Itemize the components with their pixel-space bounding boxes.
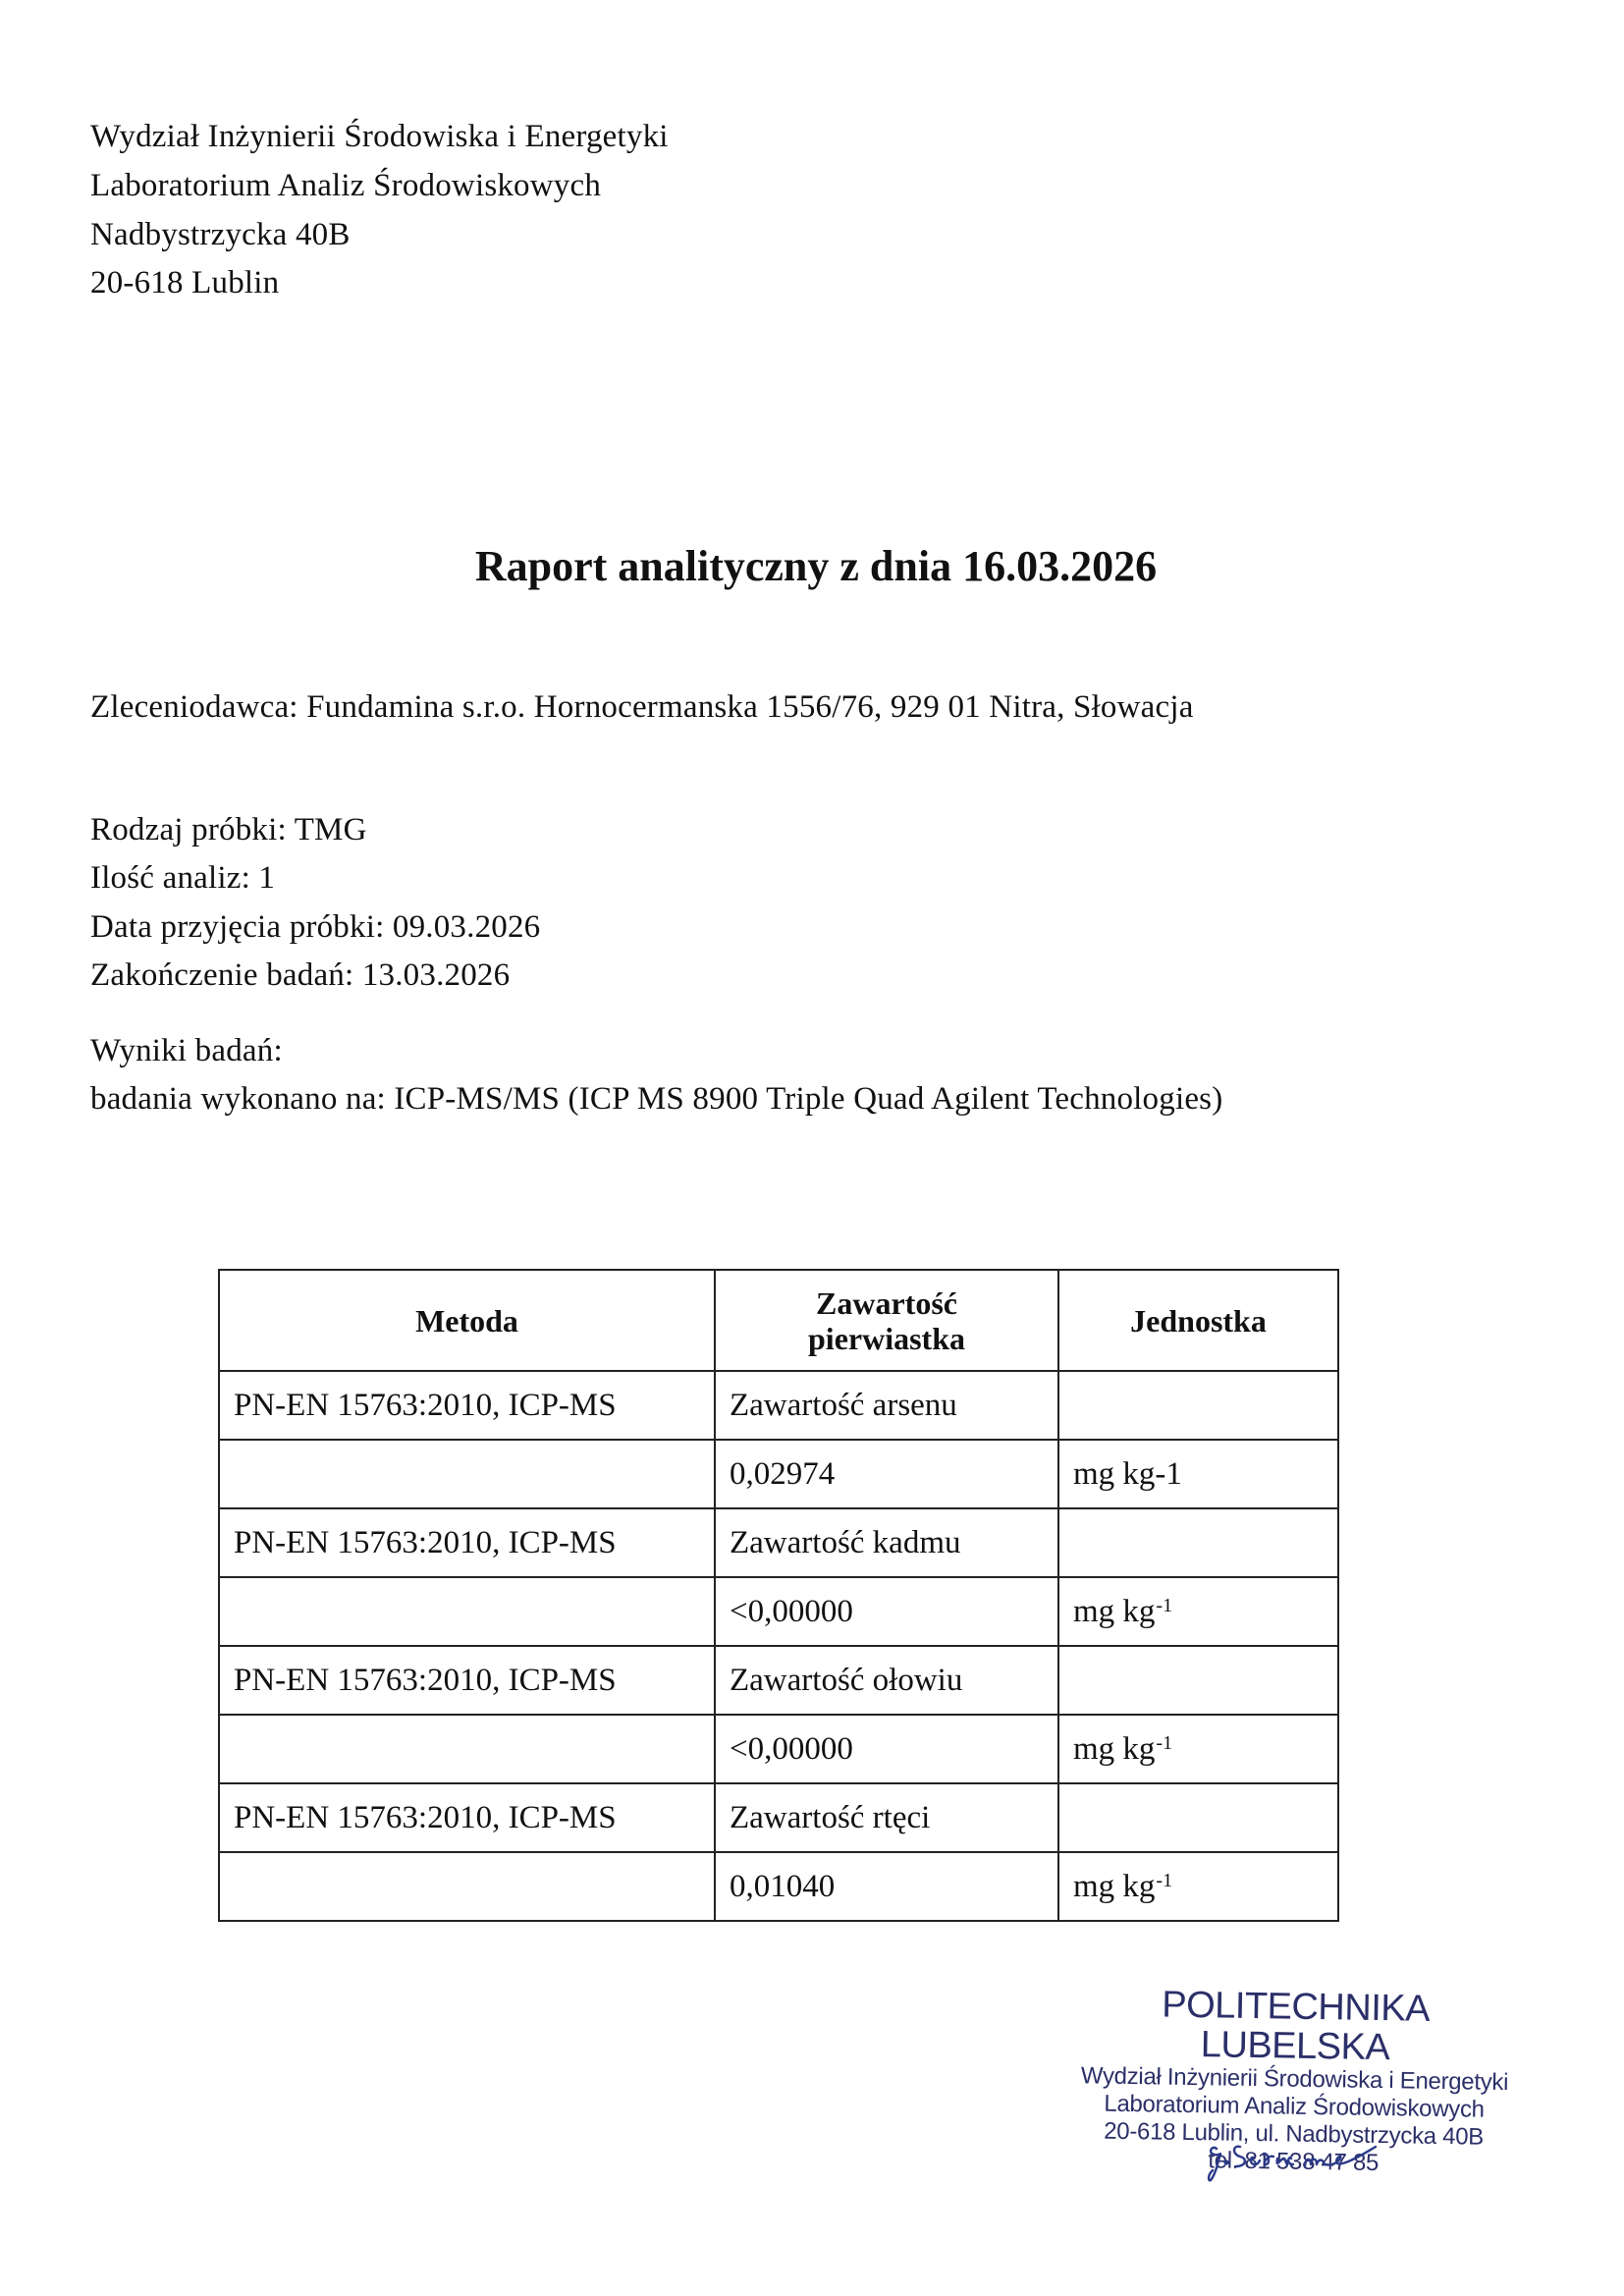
method-cell: PN-EN 15763:2010, ICP-MS bbox=[219, 1508, 715, 1577]
unit-base: mg kg bbox=[1073, 1594, 1155, 1629]
table-row: PN-EN 15763:2010, ICP-MS Zawartość rtęci bbox=[219, 1783, 1338, 1852]
unit-cell: mg kg-1 bbox=[1058, 1577, 1338, 1646]
receipt-date: Data przyjęcia próbki: 09.03.2026 bbox=[90, 907, 540, 947]
signature-icon bbox=[1203, 2131, 1380, 2190]
completion-date: Zakończenie badań: 13.03.2026 bbox=[90, 956, 510, 995]
method-cell: PN-EN 15763:2010, ICP-MS bbox=[219, 1371, 715, 1440]
unit-exponent: -1 bbox=[1156, 1732, 1172, 1754]
table-row: PN-EN 15763:2010, ICP-MS Zawartość arsen… bbox=[219, 1371, 1338, 1440]
content-cell: Zawartość ołowiu bbox=[715, 1646, 1058, 1715]
table-row: <0,00000 mg kg-1 bbox=[219, 1577, 1338, 1646]
client-line: Zleceniodawca: Fundamina s.r.o. Hornocer… bbox=[90, 687, 1194, 727]
method-cell bbox=[219, 1715, 715, 1783]
results-table: Metoda Zawartość pierwiastka Jednostka P… bbox=[218, 1269, 1339, 1922]
header-method: Metoda bbox=[219, 1270, 715, 1371]
table-row: <0,00000 mg kg-1 bbox=[219, 1715, 1338, 1783]
table-row: 0,02974 mg kg-1 bbox=[219, 1440, 1338, 1508]
method-cell: PN-EN 15763:2010, ICP-MS bbox=[219, 1646, 715, 1715]
instrument-line: badania wykonano na: ICP-MS/MS (ICP MS 8… bbox=[90, 1079, 1222, 1119]
table-header-row: Metoda Zawartość pierwiastka Jednostka bbox=[219, 1270, 1338, 1371]
value-cell: <0,00000 bbox=[715, 1715, 1058, 1783]
method-cell bbox=[219, 1852, 715, 1921]
unit-exponent: -1 bbox=[1156, 1595, 1172, 1616]
unit-base: mg kg bbox=[1073, 1731, 1155, 1767]
header-content-line2: pierwiastka bbox=[808, 1321, 965, 1356]
value-cell: 0,02974 bbox=[715, 1440, 1058, 1508]
value-cell: <0,00000 bbox=[715, 1577, 1058, 1646]
sample-type: Rodzaj próbki: TMG bbox=[90, 810, 367, 849]
unit-cell bbox=[1058, 1371, 1338, 1440]
unit-cell bbox=[1058, 1508, 1338, 1577]
content-cell: Zawartość rtęci bbox=[715, 1783, 1058, 1852]
method-cell: PN-EN 15763:2010, ICP-MS bbox=[219, 1783, 715, 1852]
method-cell bbox=[219, 1440, 715, 1508]
content-cell: Zawartość kadmu bbox=[715, 1508, 1058, 1577]
stamp-title: POLITECHNIKA LUBELSKA bbox=[1064, 1984, 1527, 2069]
faculty-name: Wydział Inżynierii Środowiska i Energety… bbox=[90, 117, 669, 156]
table-row: PN-EN 15763:2010, ICP-MS Zawartość ołowi… bbox=[219, 1646, 1338, 1715]
unit-exponent: -1 bbox=[1156, 1870, 1172, 1891]
lab-name: Laboratorium Analiz Środowiskowych bbox=[90, 166, 601, 205]
table-row: 0,01040 mg kg-1 bbox=[219, 1852, 1338, 1921]
results-heading: Wyniki badań: bbox=[90, 1031, 283, 1070]
unit-cell: mg kg-1 bbox=[1058, 1440, 1338, 1508]
method-cell bbox=[219, 1577, 715, 1646]
header-element-content: Zawartość pierwiastka bbox=[715, 1270, 1058, 1371]
city-postcode: 20-618 Lublin bbox=[90, 263, 279, 302]
value-cell: 0,01040 bbox=[715, 1852, 1058, 1921]
table-row: PN-EN 15763:2010, ICP-MS Zawartość kadmu bbox=[219, 1508, 1338, 1577]
header-unit: Jednostka bbox=[1058, 1270, 1338, 1371]
header-content-line1: Zawartość bbox=[816, 1285, 957, 1321]
unit-cell bbox=[1058, 1646, 1338, 1715]
unit-cell bbox=[1058, 1783, 1338, 1852]
street-address: Nadbystrzycka 40B bbox=[90, 215, 351, 254]
content-cell: Zawartość arsenu bbox=[715, 1371, 1058, 1440]
unit-base: mg kg bbox=[1073, 1869, 1155, 1904]
analysis-count: Ilość analiz: 1 bbox=[90, 858, 275, 898]
unit-cell: mg kg-1 bbox=[1058, 1852, 1338, 1921]
unit-cell: mg kg-1 bbox=[1058, 1715, 1338, 1783]
report-title: Raport analityczny z dnia 16.03.2026 bbox=[0, 540, 1624, 593]
report-page: Wydział Inżynierii Środowiska i Energety… bbox=[0, 0, 1624, 2296]
